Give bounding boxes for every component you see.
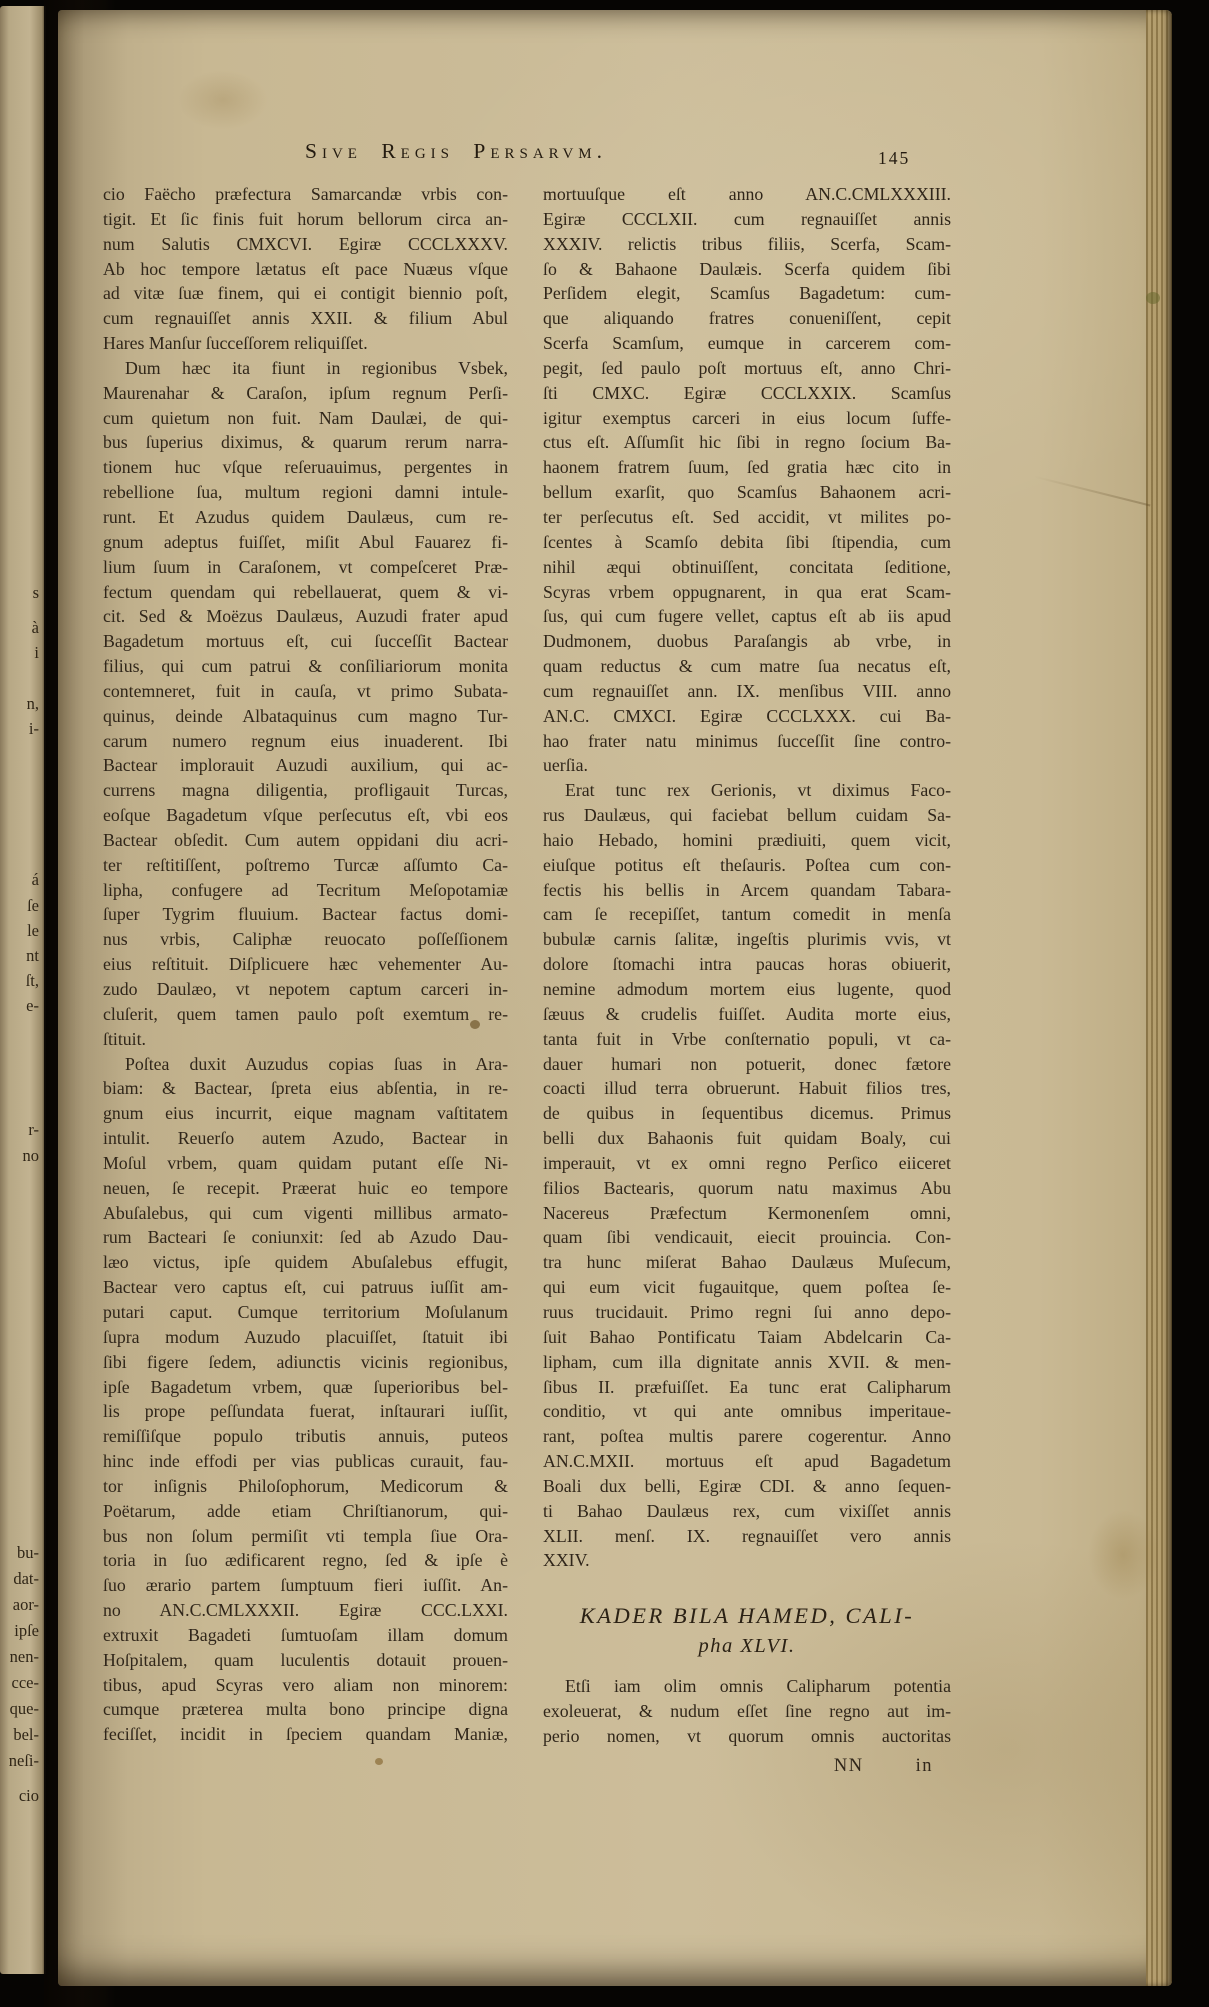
text-line: fectum quendam qui rebellauerat, quem & … [103,580,508,605]
margin-fragment: i [34,643,39,663]
text-line: Erat tunc rex Gerionis, vt diximus Faco- [543,778,951,803]
text-line: ipſe Bagadetum vrbem, quæ ſuperioribus b… [103,1375,508,1400]
text-line: uerſia. [543,753,951,778]
text-line: ſuo ærario partem ſumptuum fieri iuſſit.… [103,1573,508,1598]
text-line: zudo Daulæo, vt nepotem captum carceri i… [103,977,508,1002]
text-line: lium ſuum in Caraſonem, vt compeſceret P… [103,555,508,580]
text-line: lipham, cum illa dignitate annis XVII. &… [543,1350,951,1375]
margin-fragment: no [23,1146,40,1166]
margin-fragment: cce- [12,1673,39,1693]
text-line: Dudmonem, duobus Paraſangis ab vrbe, in [543,629,951,654]
text-line: nihil æqui obtinuiſſent, concitata ſedit… [543,555,951,580]
margin-fragment: aor- [13,1595,39,1615]
text-line: læo victus, ipſe quidem Abuſalebus effug… [103,1250,508,1275]
paper-crease [1034,476,1151,507]
left-text-column: cio Faëcho præfectura Samarcandæ vrbis c… [103,182,508,1747]
text-line: hao frater natu minimus ſucceſſit ſine c… [543,729,951,754]
margin-fragment: n, [27,694,39,714]
text-line: ſæuus & crudelis fuiſſet. Audita morte e… [543,1002,951,1027]
signature-mark: NN [834,1754,864,1779]
text-line: conditio, vt qui ante omnibus imperitaue… [543,1399,951,1424]
text-line: filius, qui cum patrui & conſiliariorum … [103,654,508,679]
margin-fragment: ipſe [14,1621,39,1641]
text-line: toria in ſuo ædificarent regno, ſed & ip… [103,1548,508,1573]
text-line: belli dux Bahaonis fuit quidam Boaly, cu… [543,1126,951,1151]
text-line: Bactear vero captus eſt, cui patruus iuſ… [103,1275,508,1300]
text-line: ſuper Tygrim fluuium. Bactear factus dom… [103,902,508,927]
book-scan: sàin,i-áſelentſt,e-r-nobu-dat-aor-ipſene… [0,0,1209,2007]
text-line: no AN.C.CMLXXXII. Egiræ CCC.LXXI. [103,1598,508,1623]
text-line: feciſſet, incidit in ſpeciem quandam Man… [103,1722,508,1747]
text-line: gnum adeptus fuiſſet, miſit Abul Fauarez… [103,530,508,555]
text-line: filios Bactearis, quorum natu maximus Ab… [543,1176,951,1201]
text-line: ruus trucidauit. Primo regni ſui anno de… [543,1300,951,1325]
right-text-column: mortuuſque eſt anno AN.C.CMLXXXIII.Egiræ… [543,182,951,1779]
text-line: ſibus II. præfuiſſet. Ea tunc erat Calip… [543,1375,951,1400]
text-line: fectis his bellis in Arcem quandam Tabar… [543,878,951,903]
page-fore-edge [1146,10,1172,1986]
text-line: Boali dux belli, Egiræ CDI. & anno ſeque… [543,1474,951,1499]
text-line: tionem huc vſque reſeruauimus, pergentes… [103,455,508,480]
margin-fragment: nt [26,946,39,966]
text-line: cumque præterea multa bono principe dign… [103,1697,508,1722]
text-line: XLII. menſ. IX. regnauiſſet vero annis [543,1524,951,1549]
text-line: ti Bahao Daulæus rex, cum vixiſſet annis [543,1499,951,1524]
text-line: neuen, ſe recepit. Præerat huic eo tempo… [103,1176,508,1201]
text-line: dauer humari non potuerit, donec fætore [543,1052,951,1077]
text-line: Dum hæc ita fiunt in regionibus Vsbek, [103,356,508,381]
text-line: ſtituit. [103,1027,508,1052]
text-line: eoſque Bagadetum vſque perſecutus eſt, v… [103,803,508,828]
text-line: tra hunc miſerat Bahao Daulæus Muſecum, [543,1250,951,1275]
text-line: igitur exemptus carceri in eius locum ſu… [543,406,951,431]
text-line: imperauit, vt ex omni regno Perſico eiic… [543,1151,951,1176]
page-number: 145 [878,148,910,169]
text-line: coacti illud terra obruerunt. Habuit fil… [543,1076,951,1101]
text-line: lipha, confugere ad Tecritum Meſopotamiæ [103,878,508,903]
catchword-row: NN in [543,1754,951,1779]
chapter-heading-line2: pha XLVI. [543,1634,951,1662]
text-line: cit. Sed & Moëzus Daulæus, Auzudi frater… [103,604,508,629]
text-line: Nacereus Præfectum Kermonenſem omni, [543,1201,951,1226]
stain-spot [375,1758,383,1765]
text-line: Hares Manſur ſucceſſorem reliquiſſet. [103,331,508,356]
right-column-upper-lines: mortuuſque eſt anno AN.C.CMLXXXIII.Egiræ… [543,182,951,1573]
margin-fragment: á [32,870,39,890]
text-line: rant, poſtea multis parere cogerentur. A… [543,1424,951,1449]
margin-fragment: le [27,921,39,941]
text-line: bubulæ carnis ſalitæ, ingeſtis plurimis … [543,927,951,952]
text-line: quam ſibi vendicauit, eiecit prouincia. … [543,1225,951,1250]
text-line: bus ſuperius diximus, & quarum rerum nar… [103,430,508,455]
text-line: cum regnauiſſet ann. IX. menſibus VIII. … [543,679,951,704]
text-line: intulit. Reuerſo autem Azudo, Bactear in [103,1126,508,1151]
text-line: ſuit Bahao Pontificatu Taiam Abdelcarin … [543,1325,951,1350]
text-line: exoleuerat, & nudum eſſet ſine regno aut… [543,1699,951,1724]
book-page: Sive Regis Persarvm. 145 cio Faëcho præf… [58,10,1172,1986]
text-line: haio Hebado, homini prædiuiti, quem vici… [543,828,951,853]
facing-page-edge: sàin,i-áſelentſt,e-r-nobu-dat-aor-ipſene… [0,6,46,1974]
text-line: tanta fuit in Vrbe conſternatio populi, … [543,1027,951,1052]
text-line: currens magna diligentia, profligauit Tu… [103,778,508,803]
text-line: haonem fratrem ſuum, ſed gratia hæc cito… [543,455,951,480]
text-line: carum numero regnum eius inuaderent. Ibi [103,729,508,754]
text-line: Etſi iam olim omnis Calipharum potentia [543,1674,951,1699]
text-line: Poëtarum, adde etiam Chriſtianorum, qui- [103,1499,508,1524]
margin-fragment: nen- [10,1647,39,1667]
text-line: ctus eſt. Aſſumſit hic ſibi in regno ſoc… [543,430,951,455]
text-line: AN.C.MXII. mortuus eſt apud Bagadetum [543,1449,951,1474]
text-line: Scyras vrbem oppugnarent, in qua erat Sc… [543,580,951,605]
text-line: Perſidem elegit, Scamſus Bagadetum: cum- [543,281,951,306]
text-line: bus non ſolum permiſit vti templa ſiue O… [103,1524,508,1549]
text-line: nemine admodum mortem eius lugente, quod [543,977,951,1002]
margin-fragment: bu- [17,1543,39,1563]
right-column-lower-lines: Etſi iam olim omnis Calipharum potentiae… [543,1674,951,1749]
text-line: ad vitæ ſuæ finem, qui ei contigit bienn… [103,281,508,306]
text-line: Hoſpitalem, quam luculentis dotauit prou… [103,1648,508,1673]
text-line: ſupra modum Auzudo placuiſſet, ſtatuit i… [103,1325,508,1350]
catchword: in [916,1754,933,1779]
text-line: AN.C. CMXCI. Egiræ CCCLXXX. cui Ba- [543,704,951,729]
text-line: biam: & Bactear, ſpreta eius abſentia, i… [103,1076,508,1101]
text-line: Bactear obſedit. Cum autem oppidani diu … [103,828,508,853]
margin-fragment: dat- [13,1569,39,1589]
text-line: pegit, ſed paulo poſt mortuus eſt, anno … [543,356,951,381]
text-line: extruxit Bagadeti ſumtuoſam illam domum [103,1623,508,1648]
text-line: rum Bacteari ſe coniunxit: ſed ab Azudo … [103,1225,508,1250]
text-line: cluſerit, quem tamen paulo poſt exemtum … [103,1002,508,1027]
stain-blotch [1088,1510,1158,1600]
text-line: cum quietum non fuit. Nam Daulæi, de qui… [103,406,508,431]
text-line: contemneret, fuit in cauſa, vt primo Sub… [103,679,508,704]
text-line: Egiræ CCCLXII. cum regnauiſſet annis [543,207,951,232]
text-line: bellum exarſit, quo Scamſus Bahaonem acr… [543,480,951,505]
text-line: putari caput. Cumque territorium Moſulan… [103,1300,508,1325]
text-line: rus Daulæus, qui faciebat bellum cuidam … [543,803,951,828]
text-line: tigit. Et ſic finis fuit horum bellorum … [103,207,508,232]
text-line: gnum eius incurrit, eique magnam vaſtita… [103,1101,508,1126]
margin-fragment: s [33,583,39,603]
text-line: ſus, qui cum fugere vellet, captus eſt a… [543,604,951,629]
text-line: XXXIV. relictis tribus filiis, Scerfa, S… [543,232,951,257]
stain-blotch [178,70,268,130]
text-line: Bagadetum mortuus eſt, cui ſucceſſit Bac… [103,629,508,654]
text-line: ſibi figere ſedem, adiunctis vicinis reg… [103,1350,508,1375]
text-line: ſcentes à Scamſo debita ſibi ſtipendia, … [543,530,951,555]
text-line: eius reſtituit. Diſplicuere hæc vehement… [103,952,508,977]
text-line: Bactear implorauit Auzudi auxilium, qui … [103,753,508,778]
text-line: nus vrbis, Caliphæ reuocato poſſeſſionem [103,927,508,952]
text-line: Maurenahar & Caraſon, ipſum regnum Perſi… [103,381,508,406]
text-line: ter reſtitiſſent, poſtremo Turcæ aſſumto… [103,853,508,878]
text-line: XXIV. [543,1548,951,1573]
margin-fragment: neſi- [9,1751,39,1771]
text-line: que aliquando fratres conueniſſent, cepi… [543,306,951,331]
text-line: remiſſiſque populo tributis annuis, pute… [103,1424,508,1449]
text-line: tibus, apud Scyras vero aliam non minore… [103,1673,508,1698]
margin-fragment: r- [28,1120,39,1140]
running-head: Sive Regis Persarvm. [305,139,607,164]
text-line: lis prope peſſundata fuerat, inſtaurari … [103,1399,508,1424]
text-line: eiuſque potitus eſt theſauris. Poſtea cu… [543,853,951,878]
margin-fragment: cio [19,1786,39,1806]
text-line: Moſul vrbem, quam quidam putant eſſe Ni- [103,1151,508,1176]
text-line: ſo & Bahaone Daulæis. Scerfa quidem ſibi [543,257,951,282]
text-line: cum regnauiſſet annis XXII. & filium Abu… [103,306,508,331]
text-line: rebellione ſua, multum regioni damni int… [103,480,508,505]
text-line: qui eum vicit fugauitque, quem poſtea ſe… [543,1275,951,1300]
margin-fragment: à [32,618,39,638]
text-line: hinc inde effodi per vias publicas curau… [103,1449,508,1474]
margin-fragment: que- [10,1699,39,1719]
text-line: runt. Et Azudus quidem Daulæus, cum re- [103,505,508,530]
text-line: dolore ſtomachi intra paucas horas obiue… [543,952,951,977]
text-line: ter perſecutus eſt. Sed accidit, vt mili… [543,505,951,530]
stain-spot [1146,292,1160,304]
text-line: Ab hoc tempore lætatus eſt pace Nuæus vſ… [103,257,508,282]
text-line: Poſtea duxit Auzudus copias ſuas in Ara- [103,1052,508,1077]
margin-fragment: i- [29,719,39,739]
margin-fragment: bel- [13,1725,39,1745]
margin-fragment: e- [26,996,39,1016]
text-line: cio Faëcho præfectura Samarcandæ vrbis c… [103,182,508,207]
text-line: Abuſalebus, qui cum vigenti millibus arm… [103,1201,508,1226]
text-line: ſti CMXC. Egiræ CCCLXXIX. Scamſus [543,381,951,406]
text-line: quam reductus & cum matre ſua necatus eſ… [543,654,951,679]
text-line: tor inſignis Philoſophorum, Medicorum & [103,1474,508,1499]
margin-fragment: ſe [27,896,39,916]
text-line: mortuuſque eſt anno AN.C.CMLXXXIII. [543,182,951,207]
text-line: cam ſe recepiſſet, tantum comedit in men… [543,902,951,927]
text-line: perio nomen, vt quorum omnis auctoritas [543,1724,951,1749]
chapter-heading-line1: KADER BILA HAMED, CALI- [543,1604,951,1634]
text-line: de quibus in ſequentibus dicemus. Primus [543,1101,951,1126]
text-line: quinus, deinde Albataquinus cum magno Tu… [103,704,508,729]
text-line: Scerfa Scamſum, eumque in carcerem com- [543,331,951,356]
text-line: num Salutis CMXCVI. Egiræ CCCLXXXV. [103,232,508,257]
margin-fragment: ſt, [26,971,39,991]
